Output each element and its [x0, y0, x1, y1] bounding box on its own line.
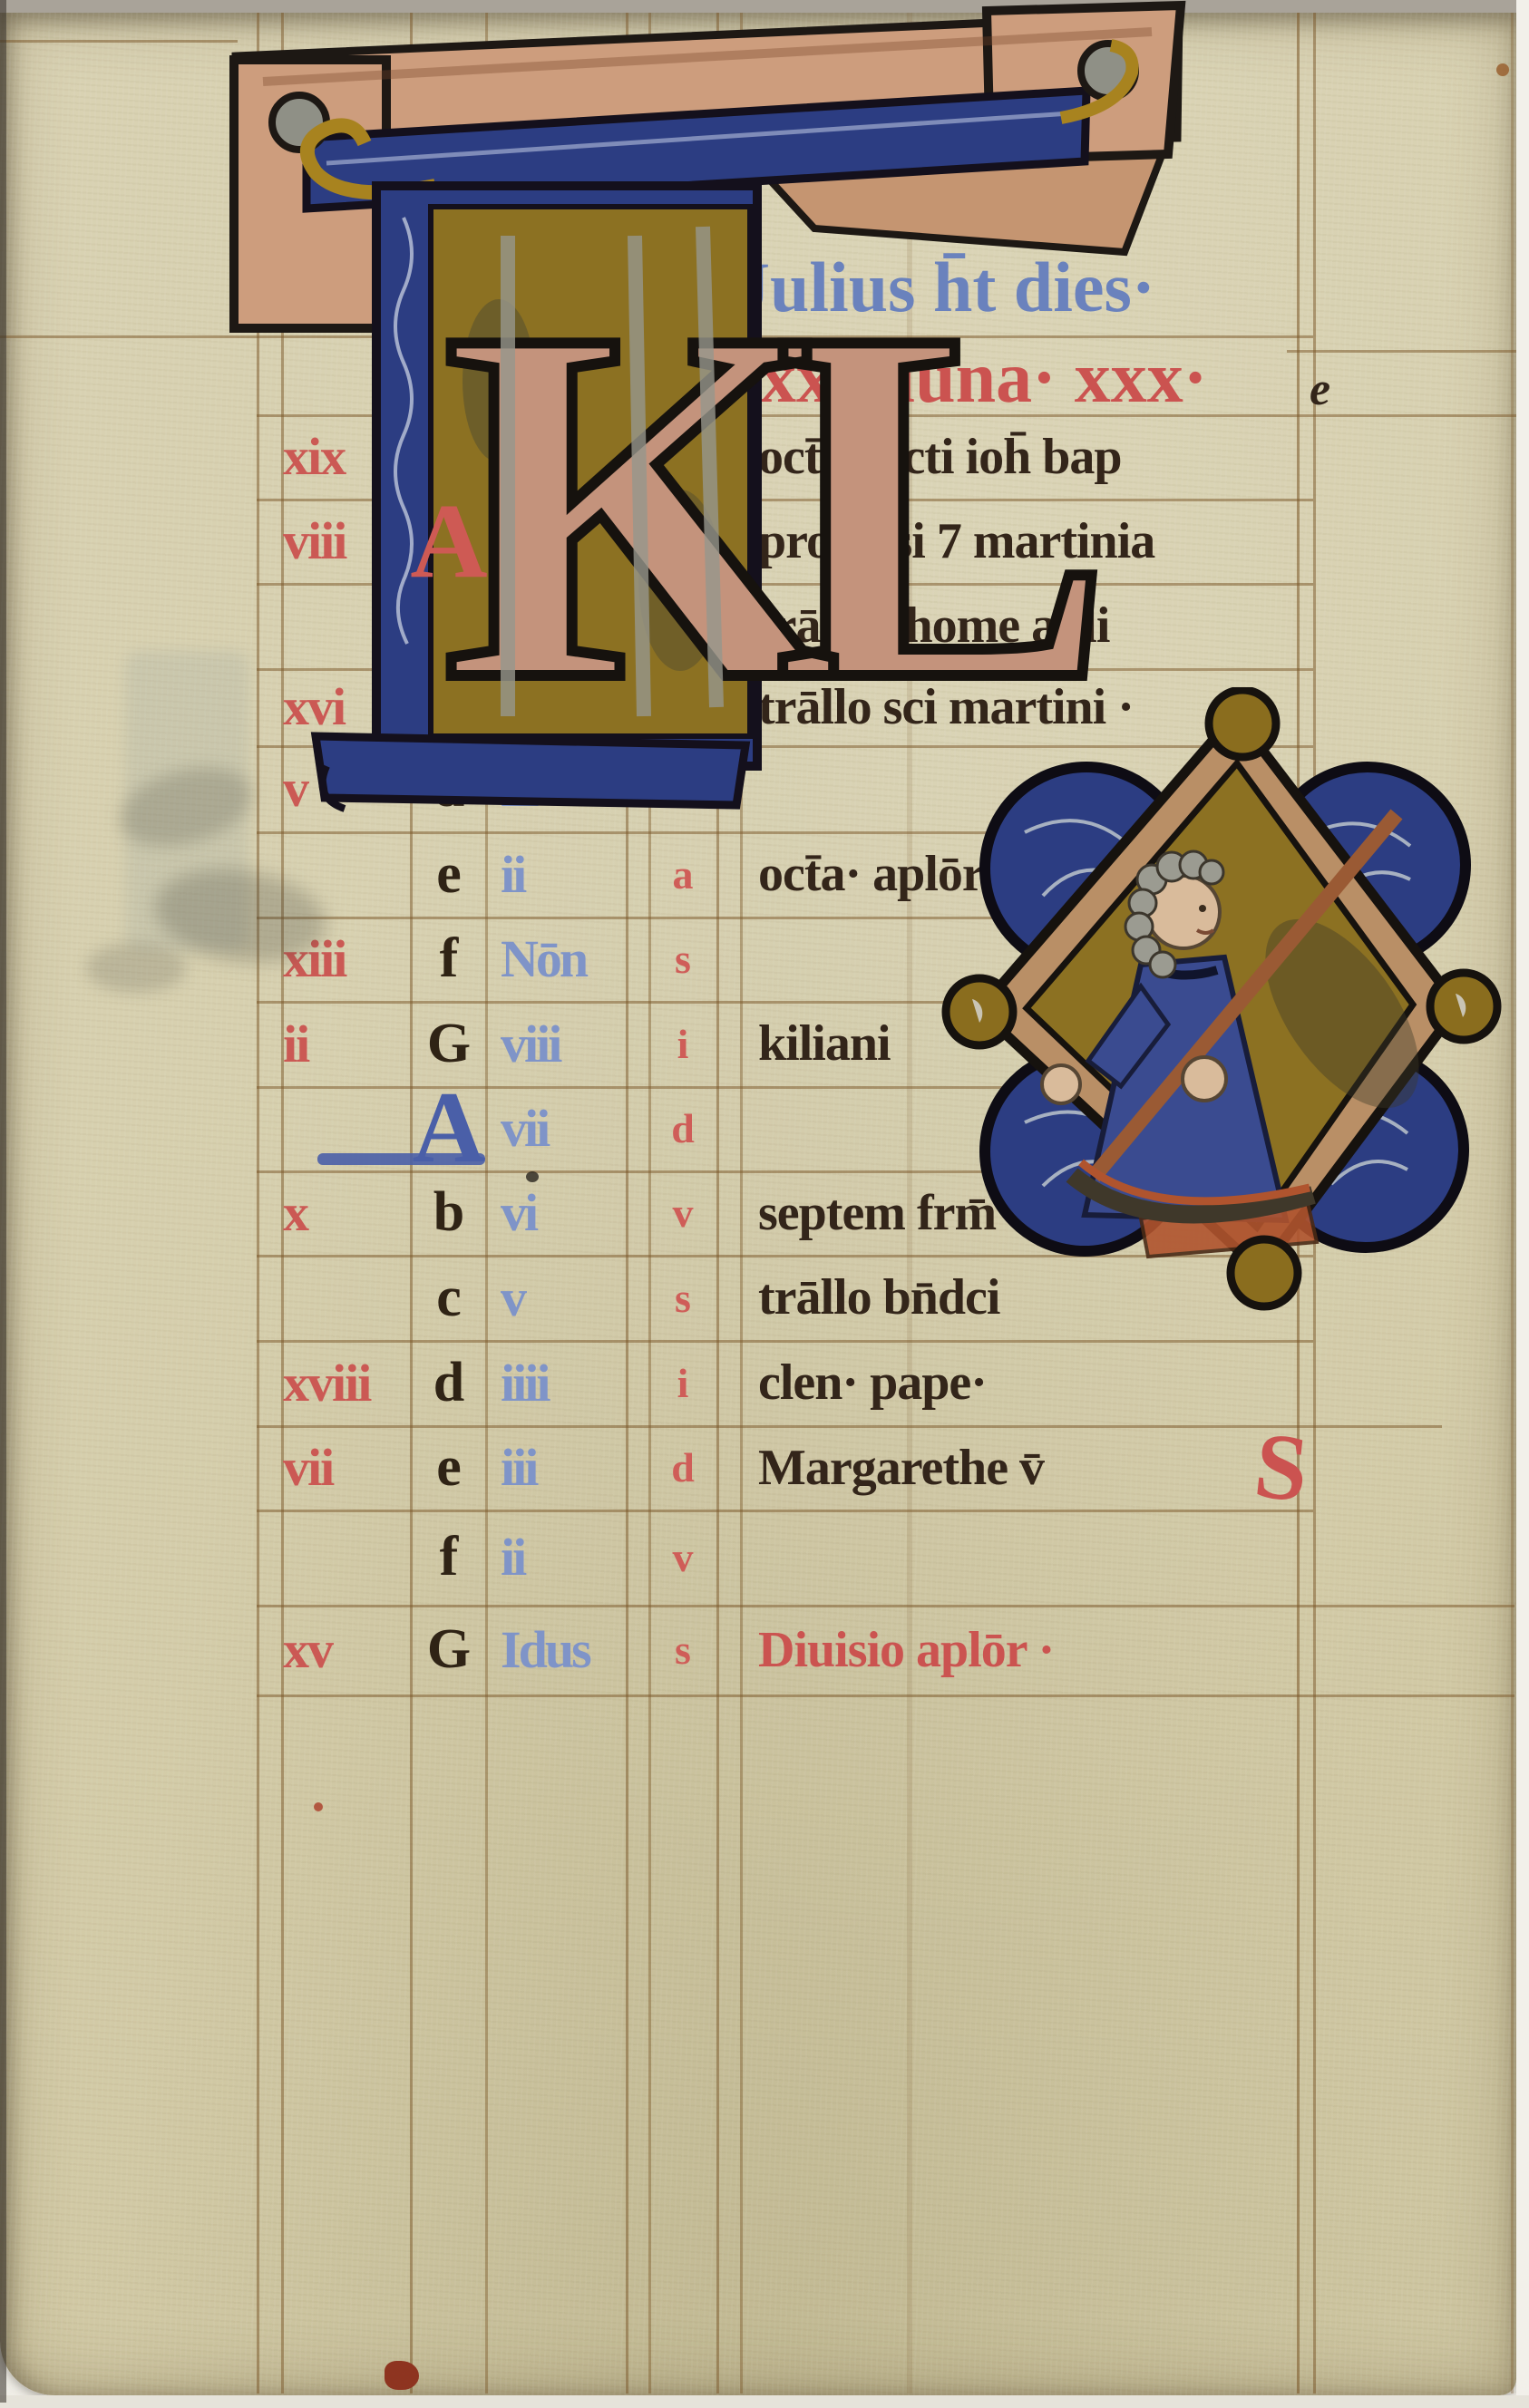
ruling-horizontal-line — [0, 40, 238, 43]
nonas-idus-letter: d — [647, 1086, 719, 1170]
initial-foot-bar — [316, 736, 745, 805]
nonas-idus-letter: s — [647, 917, 719, 1001]
dominical-letter: A — [405, 486, 492, 596]
golden-number: xv — [283, 1605, 406, 1694]
ruling-horizontal-line — [257, 1694, 1514, 1697]
roman-calendar-day: v — [501, 1255, 628, 1340]
roman-calendar-day: vii — [501, 1086, 628, 1170]
nonas-idus-letter: i — [647, 1340, 719, 1425]
marginal-red-initial: S — [1235, 1411, 1328, 1525]
roman-calendar-day: iii — [501, 1425, 628, 1510]
roman-calendar-day: vi — [501, 1170, 628, 1255]
roman-calendar-day: Nōn — [501, 917, 628, 1001]
roman-calendar-day: ii — [501, 1510, 628, 1605]
manuscript-photo: xixGoct̄ sancti ioh̄ bapviiiAviprocessi … — [0, 0, 1529, 2408]
nonas-idus-letter: a — [647, 831, 719, 917]
golden-number: xiii — [283, 917, 406, 1001]
left-page-edge — [0, 0, 6, 2403]
feast-entry: Diuisio aplōr · — [758, 1605, 1339, 1694]
marginal-note-e: e — [1310, 363, 1330, 416]
roman-calendar-day: iiii — [501, 1340, 628, 1425]
nonas-idus-letter: i — [647, 1001, 719, 1086]
right-hand — [1042, 1065, 1080, 1103]
dominical-letter: e — [405, 831, 492, 917]
nonas-idus-letter: s — [647, 1255, 719, 1340]
golden-number: vii — [283, 1425, 406, 1510]
golden-number: ii — [283, 1001, 406, 1086]
nonas-idus-letter: v — [647, 1170, 719, 1255]
dominical-letter: c — [405, 1255, 492, 1340]
nonas-idus-letter: s — [647, 1605, 719, 1694]
dominical-letter: A — [405, 1073, 492, 1183]
dominical-letter: d — [405, 1340, 492, 1425]
bottom-photo-edge — [0, 2395, 1529, 2408]
roman-calendar-day: viii — [501, 1001, 628, 1086]
nonas-idus-letter: d — [647, 1425, 719, 1510]
left-hand — [1183, 1057, 1226, 1101]
roman-calendar-day: ii — [501, 831, 628, 917]
dominical-letter: f — [405, 917, 492, 1001]
dominical-letter: f — [405, 1510, 492, 1605]
golden-number: x — [283, 1170, 406, 1255]
ruling-horizontal-line — [1287, 350, 1529, 353]
eye — [1199, 905, 1206, 912]
golden-number: xviii — [283, 1340, 406, 1425]
dominical-letter: e — [405, 1425, 492, 1510]
roman-calendar-day: Idus — [501, 1605, 628, 1694]
july-medallion — [925, 687, 1529, 1313]
nonas-idus-letter: v — [647, 1510, 719, 1605]
dominical-letter: G — [405, 1605, 492, 1694]
